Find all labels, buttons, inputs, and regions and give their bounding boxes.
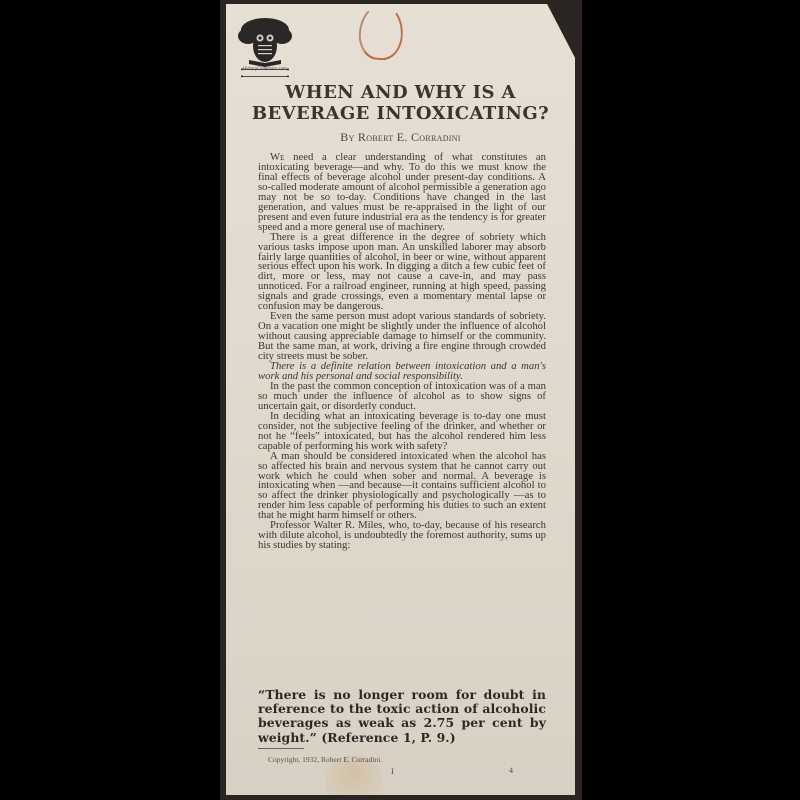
document-page: HistoryCollectors.com WHEN AND WHY IS A … bbox=[226, 4, 575, 795]
logo-caption: HistoryCollectors.com bbox=[236, 66, 294, 71]
article-body: We need a clear understanding of what co… bbox=[258, 153, 546, 551]
copyright-notice: Copyright, 1932, Robert E. Corradini. bbox=[268, 755, 382, 764]
paragraph-4-italic: There is a definite relation between int… bbox=[258, 362, 546, 382]
author-byline: By Robert E. Corradini bbox=[226, 130, 575, 145]
paragraph-6: In deciding what an intoxicating beverag… bbox=[258, 412, 546, 452]
quote-reference: (Reference 1, P. 9.) bbox=[321, 730, 455, 745]
title-line-1: WHEN AND WHY IS A bbox=[226, 82, 575, 103]
paragraph-8: Professor Walter R. Miles, who, to-day, … bbox=[258, 521, 546, 551]
paragraph-5: In the past the common conception of int… bbox=[258, 382, 546, 412]
paragraph-text: need a clear understanding of what const… bbox=[258, 151, 546, 233]
page-marker-roman: I bbox=[391, 766, 394, 776]
pull-quote: “There is no longer room for doubt in re… bbox=[258, 688, 546, 745]
page-number: 4 bbox=[509, 766, 513, 775]
footnote-divider bbox=[258, 748, 304, 749]
document-title: WHEN AND WHY IS A BEVERAGE INTOXICATING? bbox=[226, 82, 575, 124]
paragraph-3: Even the same person must adopt various … bbox=[258, 312, 546, 362]
paragraph-2: There is a great difference in the degre… bbox=[258, 233, 546, 313]
stain-mark-top bbox=[357, 3, 405, 62]
title-line-2: BEVERAGE INTOXICATING? bbox=[226, 103, 575, 124]
paragraph-1: We need a clear understanding of what co… bbox=[258, 153, 546, 233]
paragraph-7: A man should be considered intoxicated w… bbox=[258, 452, 546, 522]
